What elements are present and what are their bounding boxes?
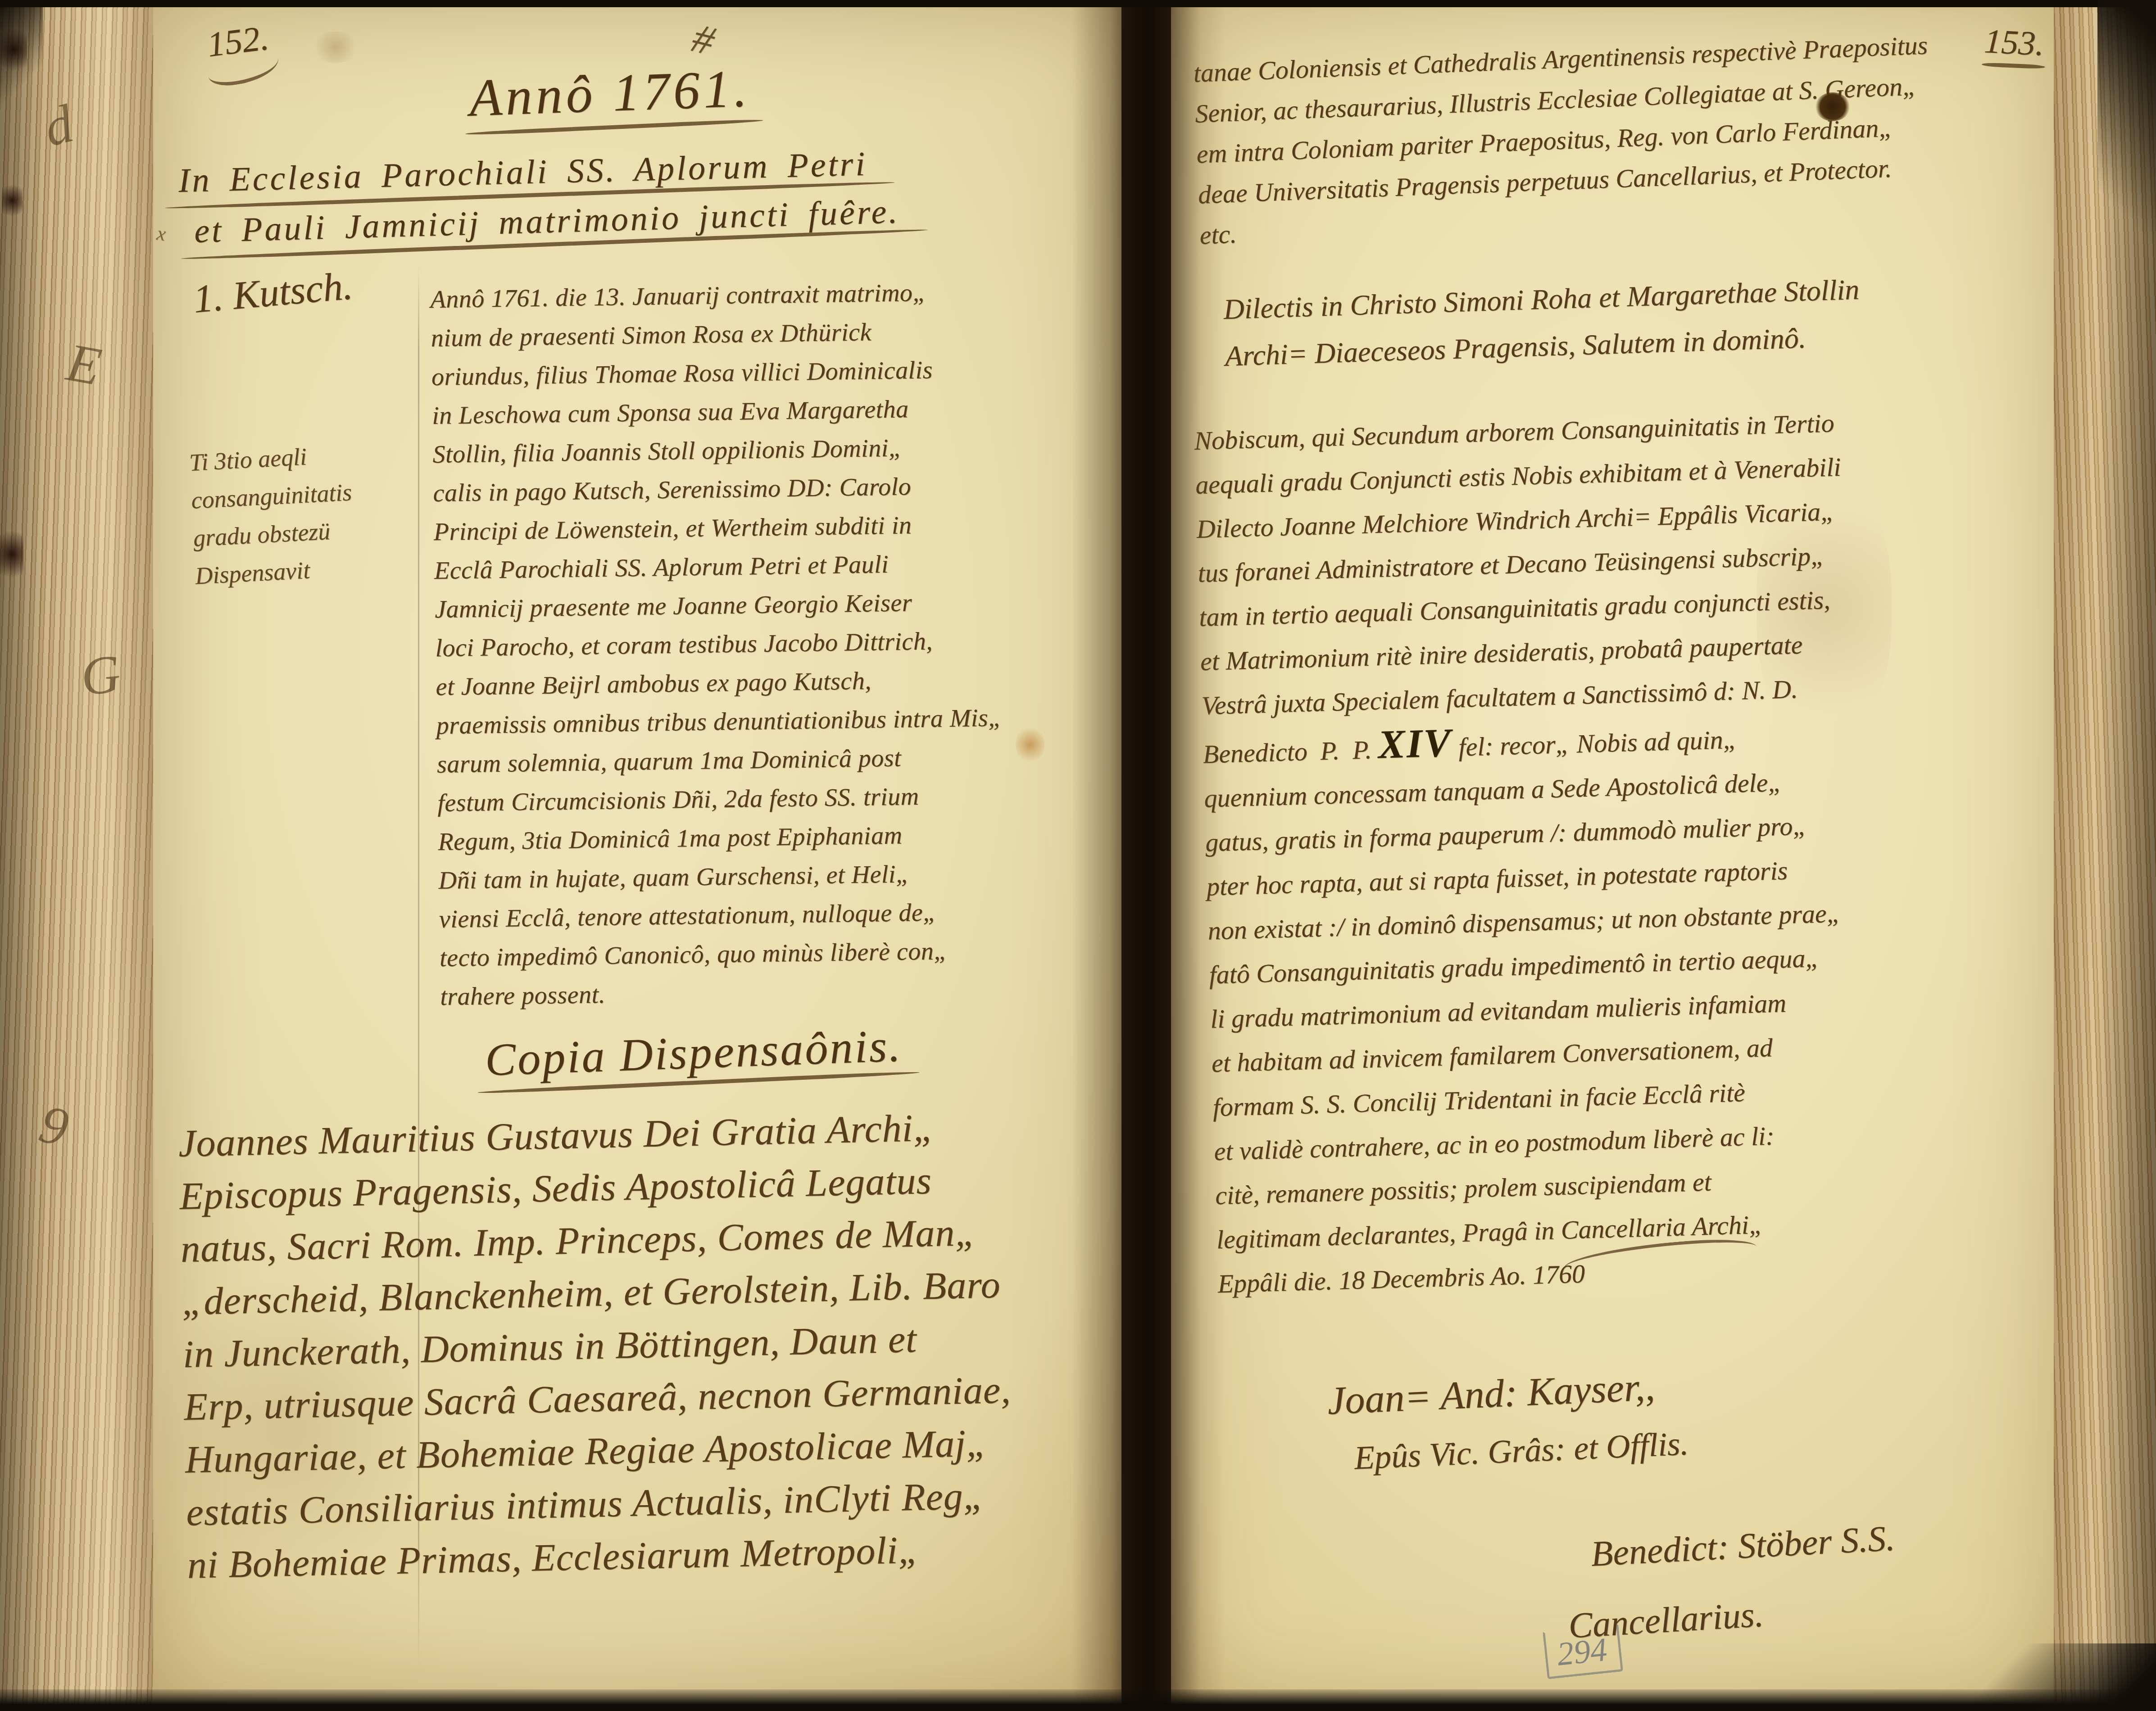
- edge-ink-fragment: E: [63, 331, 106, 398]
- background-corner: [0, 0, 43, 108]
- edge-ink-fragment: 9: [33, 1092, 75, 1159]
- left-book-edge: d E G 9: [0, 0, 153, 1711]
- edge-mark: [2, 180, 23, 221]
- background-corner: [2097, 0, 2156, 252]
- edge-ink-fragment: d: [38, 92, 79, 159]
- manuscript-book-scan: d E G 9 152. # Annô 1761. In Ecclesia Pa…: [0, 0, 2156, 1711]
- pencil-archive-number: 294: [1543, 1623, 1623, 1679]
- background-top-strip: [0, 0, 2156, 7]
- dispensation-copy-text: Joannes Mauritius Gustavus Dei Gratia Ar…: [178, 1097, 1138, 1592]
- dispensation-continuation-text: tanae Coloniensis et Cathedralis Argenti…: [1193, 20, 2060, 256]
- dispensation-body-text: Nobiscum, qui Secundum arborem Consangui…: [1194, 395, 2083, 1306]
- margin-dispensation-note: Ti 3tio aeqliconsanguinitatisgradu obste…: [188, 432, 408, 595]
- background-corner: [1962, 1643, 2156, 1711]
- edge-mark: [0, 523, 23, 586]
- pencil-number-text: 294: [1555, 1631, 1609, 1674]
- year-title-text: Annô 1761.: [468, 58, 751, 129]
- year-title: Annô 1761.: [468, 58, 751, 129]
- marriage-entry-text: Annô 1761. die 13. Januarij contraxit ma…: [430, 271, 1130, 1016]
- edge-ink-fragment: G: [78, 642, 123, 708]
- background-bottom-strip: [0, 1689, 2156, 1711]
